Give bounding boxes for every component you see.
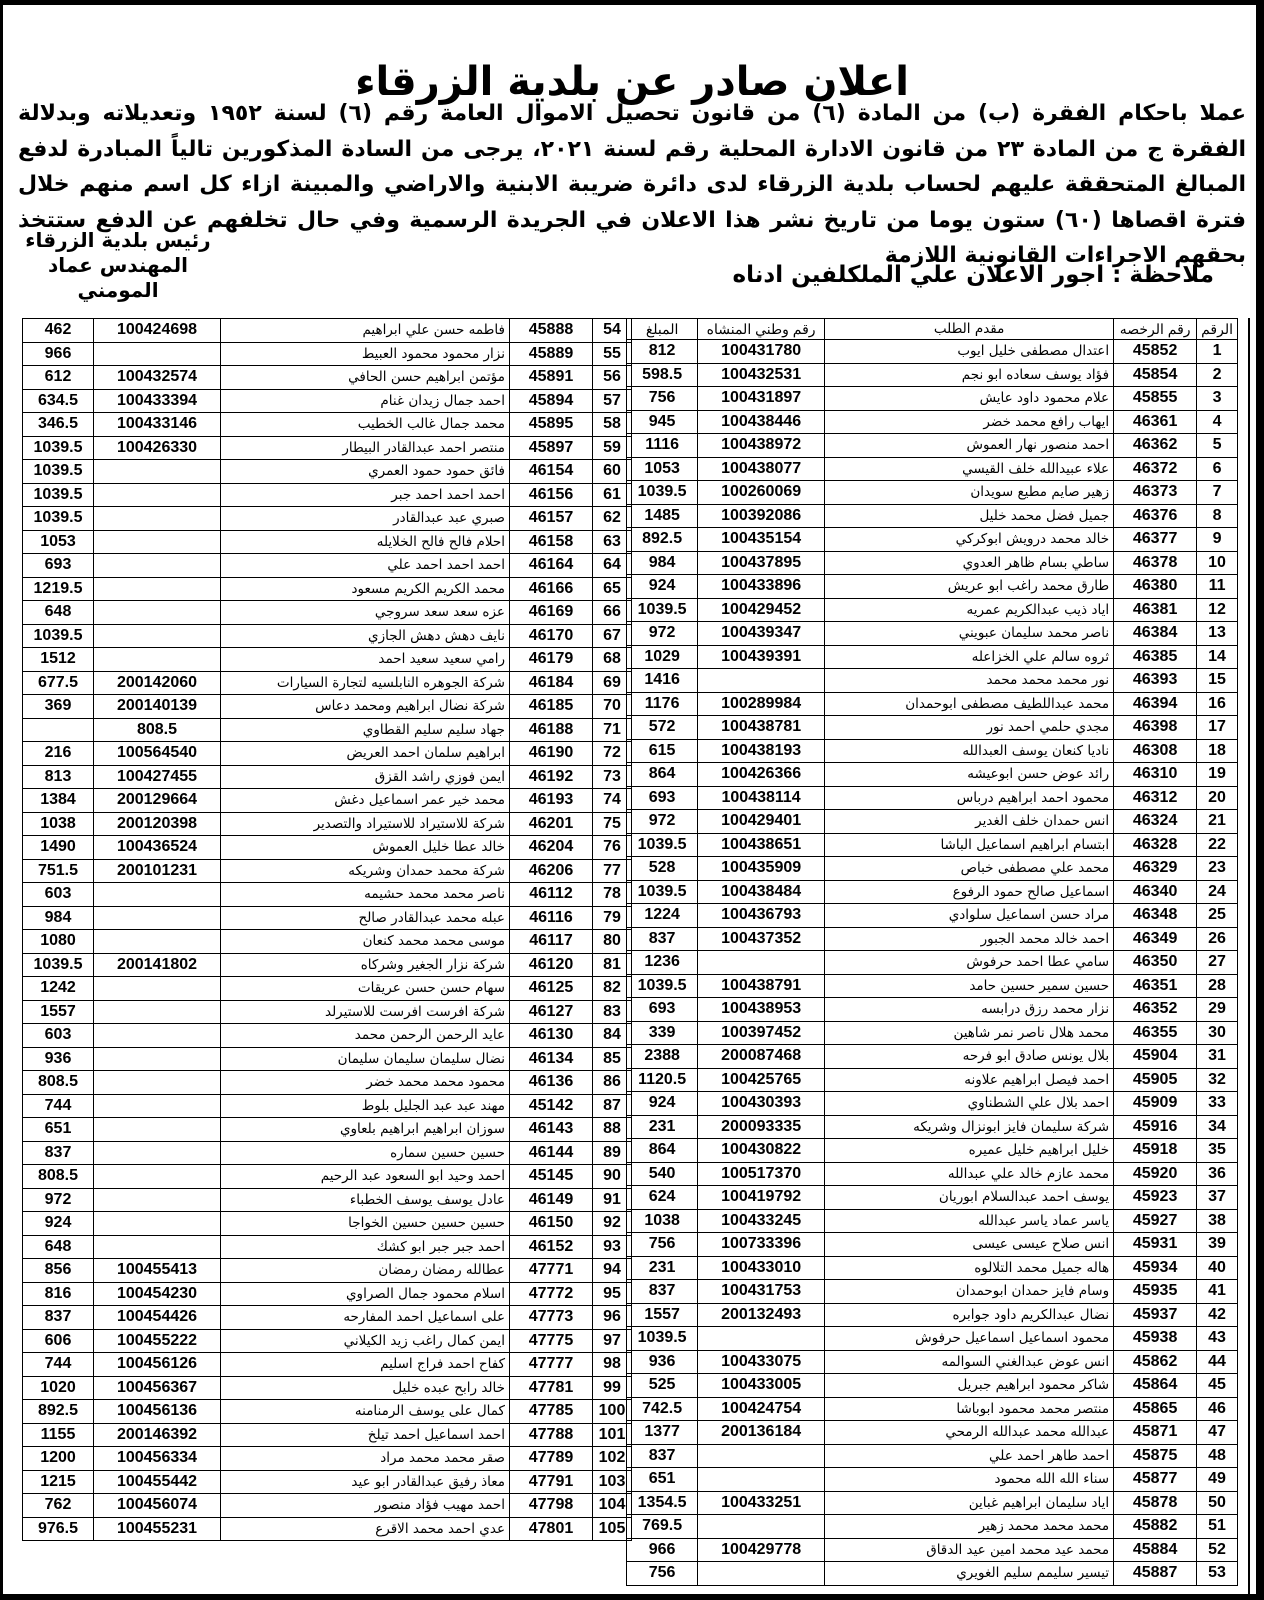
table-header-row: الرقم رقم الرخصه مقدم الطلب رقم وطني الم… [627,319,1238,340]
national-id [698,1468,825,1492]
license-number: 45916 [1114,1115,1197,1139]
license-number: 46166 [510,577,593,601]
applicant-name: شركة افرست افرست للاستيرلد [221,1000,510,1024]
license-number: 45937 [1114,1303,1197,1327]
national-id: 100433010 [698,1256,825,1280]
license-number: 45923 [1114,1186,1197,1210]
table-row: 3245905احمد فيصل ابراهيم علاونه100425765… [627,1068,1238,1092]
table-row: 1446385ثروه سالم علي الخزاعله10043939110… [627,645,1238,669]
license-number: 47775 [510,1329,593,1353]
applicant-name: انس صلاح عيسى عيسى [825,1233,1114,1257]
table-row: 9947781خالد رابح عبده خليل1004563671020 [23,1376,632,1400]
row-number: 65 [593,577,632,601]
license-number: 46393 [1114,669,1197,693]
row-number: 22 [1197,833,1238,857]
amount: 984 [627,551,698,575]
applicant-name: رائد عوض حسن ابوعيشه [825,763,1114,787]
row-number: 10 [1197,551,1238,575]
applicant-name: ابراهيم سلمان احمد العريض [221,742,510,766]
table-row: 8946144حسين حسين سماره837 [23,1141,632,1165]
license-number: 45891 [510,366,593,390]
license-number: 46384 [1114,622,1197,646]
amount: 892.5 [627,528,698,552]
taxpayers-table-right: الرقم رقم الرخصه مقدم الطلب رقم وطني الم… [626,318,1238,1586]
applicant-name: شركة محمد حمدان وشريكه [221,859,510,883]
row-number: 29 [1197,998,1238,1022]
table-row: 7746206شركة محمد حمدان وشريكه20010123175… [23,859,632,883]
row-number: 97 [593,1329,632,1353]
table-row: 3545918خليل ابراهيم خليل عميره1004308228… [627,1139,1238,1163]
col-header-national-id: رقم وطني المنشاه [698,319,825,340]
row-number: 67 [593,624,632,648]
applicant-name: خليل ابراهيم خليل عميره [825,1139,1114,1163]
table-row: 1946310رائد عوض حسن ابوعيشه100426366864 [627,763,1238,787]
amount: 346.5 [23,413,94,437]
amount: 1039.5 [23,953,94,977]
fees-note: ملاحظة : اجور الاعلان علي الملكلفين ادنا… [733,262,1214,288]
national-id: 100433075 [698,1350,825,1374]
license-number: 47791 [510,1470,593,1494]
national-id: 100438953 [698,998,825,1022]
amount: 1039.5 [627,974,698,998]
table-row: 1346384ناصر محمد سليمان عبويني1004393479… [627,622,1238,646]
applicant-name: ساطي بسام ظاهر العدوي [825,551,1114,575]
license-number: 46380 [1114,575,1197,599]
table-row: 8146120شركة نزار الجغير وشركاه2001418021… [23,953,632,977]
applicant-name: احمد جبر جبر ابو كشك [221,1235,510,1259]
amount: 634.5 [23,389,94,413]
amount: 936 [627,1350,698,1374]
amount: 612 [23,366,94,390]
national-id: 100427455 [94,765,221,789]
row-number: 60 [593,460,632,484]
row-number: 72 [593,742,632,766]
applicant-name: رامي سعيد سعيد احمد [221,648,510,672]
table-row: 10047785كمال على يوسف الرمنامنه100456136… [23,1400,632,1424]
table-row: 546362احمد منصور نهار العموش100438972111… [627,434,1238,458]
national-id: 100430393 [698,1092,825,1116]
table-row: 9146149عادل يوسف يوسف الخطباء972 [23,1188,632,1212]
row-number: 100 [593,1400,632,1424]
row-number: 88 [593,1118,632,1142]
row-number: 78 [593,883,632,907]
table-row: 8745142مهند عبد عبد الجليل بلوط744 [23,1094,632,1118]
amount: 808.5 [23,1071,94,1095]
amount: 606 [23,1329,94,1353]
national-id: 200146392 [94,1423,221,1447]
applicant-name: شركة نضال ابراهيم ومحمد دعاس [221,695,510,719]
applicant-name: معاذ رفيق عبدالقادر ابو عيد [221,1470,510,1494]
row-number: 90 [593,1165,632,1189]
license-number: 45864 [1114,1374,1197,1398]
license-number: 46308 [1114,739,1197,763]
amount: 1200 [23,1447,94,1471]
table-row: 8846143سوزان ابراهيم ابراهيم بلعاوي651 [23,1118,632,1142]
license-number: 46158 [510,530,593,554]
national-id: 100433005 [698,1374,825,1398]
row-number: 104 [593,1494,632,1518]
amount: 1377 [627,1421,698,1445]
table-row: 2446340اسماعيل صالح حمود الرفوع100438484… [627,880,1238,904]
row-number: 84 [593,1024,632,1048]
table-row: 5745894احمد جمال زيدان غنام100433394634.… [23,389,632,413]
table-row: 2746350سامي عطا احمد حرفوش1236 [627,951,1238,975]
national-id: 100438446 [698,410,825,434]
amount: 1485 [627,504,698,528]
license-number: 46377 [1114,528,1197,552]
table-row: 3145904بلال يونس صادق ابو فرحه2000874682… [627,1045,1238,1069]
amount: 540 [627,1162,698,1186]
license-number: 46143 [510,1118,593,1142]
applicant-name: اسماعيل صالح حمود الرفوع [825,880,1114,904]
amount: 808.5 [23,1165,94,1189]
license-number: 46329 [1114,857,1197,881]
applicant-name: حسين حسين حسين الخواجا [221,1212,510,1236]
license-number: 46206 [510,859,593,883]
row-number: 30 [1197,1021,1238,1045]
signature-block: رئيس بلدية الزرقاء المهندس عماد المومني [18,228,218,303]
table-row: 1646394محمد عبداللطيف مصطفى ابوحمدان1002… [627,692,1238,716]
row-number: 63 [593,530,632,554]
table-row: 4645865منتصر محمد محمود ابوباشا100424754… [627,1397,1238,1421]
amount: 1416 [627,669,698,693]
row-number: 74 [593,789,632,813]
applicant-name: ياسر عماد ياسر عبدالله [825,1209,1114,1233]
applicant-name: خالد محمد درويش ابوكركي [825,528,1114,552]
applicant-name: عبدالله محمد عبدالله الرمحي [825,1421,1114,1445]
row-number: 96 [593,1306,632,1330]
table-row: 7246190ابراهيم سلمان احمد العريض10056454… [23,742,632,766]
license-number: 45894 [510,389,593,413]
row-number: 57 [593,389,632,413]
license-number: 46152 [510,1235,593,1259]
amount: 966 [627,1538,698,1562]
amount: 924 [23,1212,94,1236]
table-row: 2846351حسين سمير حسين حامد1004387911039.… [627,974,1238,998]
table-row: 3745923يوسف احمد عبدالسلام ابوريان100419… [627,1186,1238,1210]
license-number: 45887 [1114,1562,1197,1586]
national-id: 200141802 [94,953,221,977]
national-id [94,1188,221,1212]
amount: 966 [23,342,94,366]
amount: 1354.5 [627,1491,698,1515]
license-number: 45878 [1114,1491,1197,1515]
license-number: 46144 [510,1141,593,1165]
national-id: 200136184 [698,1421,825,1445]
applicant-name: منتصر محمد محمود ابوباشا [825,1397,1114,1421]
national-id: 100454230 [94,1282,221,1306]
license-number: 46398 [1114,716,1197,740]
applicant-name: محمد جمال غالب الخطيب [221,413,510,437]
applicant-name: تيسير سليمم سليم الغويري [825,1562,1114,1586]
license-number: 47773 [510,1306,593,1330]
table-row: 8046117موسى محمد محمد كنعان1080 [23,930,632,954]
national-id [94,1000,221,1024]
applicant-name: اعتدال مصطفى خليل ايوب [825,340,1114,364]
license-number: 46170 [510,624,593,648]
table-row: 5845895محمد جمال غالب الخطيب100433146346… [23,413,632,437]
row-number: 23 [1197,857,1238,881]
row-number: 83 [593,1000,632,1024]
license-number: 46351 [1114,974,1197,998]
national-id: 100429401 [698,810,825,834]
license-number: 46328 [1114,833,1197,857]
row-number: 46 [1197,1397,1238,1421]
row-number: 76 [593,836,632,860]
national-id: 100289984 [698,692,825,716]
national-id: 100431753 [698,1280,825,1304]
national-id [94,648,221,672]
amount: 1039.5 [23,436,94,460]
table-row: 345855علام محمود داود عايش100431897756 [627,387,1238,411]
national-id: 100456074 [94,1494,221,1518]
table-row: 646372علاء عبيدالله خلف القيسي1004380771… [627,457,1238,481]
table-row: 4245937نضال عبدالكريم داود جوابره2001324… [627,1303,1238,1327]
applicant-name: نايف دهش دهش الجازي [221,624,510,648]
license-number: 46179 [510,648,593,672]
amount: 816 [23,1282,94,1306]
national-id: 100456334 [94,1447,221,1471]
license-number: 45871 [1114,1421,1197,1445]
national-id: 100456136 [94,1400,221,1424]
row-number: 101 [593,1423,632,1447]
table-row: 3046355محمد هلال ناصر نمر شاهين100397452… [627,1021,1238,1045]
amount: 936 [23,1047,94,1071]
amount: 972 [23,1188,94,1212]
national-id [94,1118,221,1142]
row-number: 73 [593,765,632,789]
national-id [94,460,221,484]
amount: 837 [627,1444,698,1468]
national-id: 100454426 [94,1306,221,1330]
national-id: 100432574 [94,366,221,390]
applicant-name: فؤاد يوسف سعاده ابو نجم [825,363,1114,387]
national-id: 100517370 [698,1162,825,1186]
row-number: 14 [1197,645,1238,669]
row-number: 19 [1197,763,1238,787]
applicant-name: ايمن فوزي راشد القزق [221,765,510,789]
applicant-name: نضال سليمان سليمان سليمان [221,1047,510,1071]
amount: 1557 [23,1000,94,1024]
license-number: 45855 [1114,387,1197,411]
table-row: 5445888فاطمه حسن علي ابراهيم100424698462 [23,319,632,343]
license-number: 47785 [510,1400,593,1424]
applicant-name: احمد احمد احمد علي [221,554,510,578]
national-id [94,1047,221,1071]
row-number: 6 [1197,457,1238,481]
applicant-name: سامي عطا احمد حرفوش [825,951,1114,975]
license-number: 45895 [510,413,593,437]
amount: 651 [23,1118,94,1142]
applicant-name: ناصر محمد سليمان عبويني [825,622,1114,646]
table-row: 2046312محمود احمد ابراهيم درباس100438114… [627,786,1238,810]
applicant-name: ابتسام ابراهيم اسماعيل الباشا [825,833,1114,857]
amount: 603 [23,1024,94,1048]
row-number: 81 [593,953,632,977]
applicant-name: احلام فالح فالح الخلايله [221,530,510,554]
amount: 1557 [627,1303,698,1327]
license-number: 46349 [1114,927,1197,951]
license-number: 46116 [510,906,593,930]
license-number: 45927 [1114,1209,1197,1233]
license-number: 46130 [510,1024,593,1048]
applicant-name: ايمن كمال راغب زيد الكيلاني [221,1329,510,1353]
applicant-name: طارق محمد راغب ابو عريش [825,575,1114,599]
amount: 231 [627,1256,698,1280]
applicant-name: محمد خير عمر اسماعيل دغش [221,789,510,813]
amount: 1020 [23,1376,94,1400]
row-number: 28 [1197,974,1238,998]
national-id [698,1444,825,1468]
license-number: 45142 [510,1094,593,1118]
amount: 924 [627,1092,698,1116]
applicant-name: احمد جمال زيدان غنام [221,389,510,413]
table-row: 7146188جهاد سليم سليم القطاوي808.5 [23,718,632,742]
national-id: 808.5 [94,718,221,742]
national-id [94,883,221,907]
national-id [94,530,221,554]
national-id: 100431780 [698,340,825,364]
national-id [94,906,221,930]
license-number: 46372 [1114,457,1197,481]
license-number: 46340 [1114,880,1197,904]
applicant-name: فاطمه حسن علي ابراهيم [221,319,510,343]
table-row: 7446193محمد خير عمر اسماعيل دغش200129664… [23,789,632,813]
applicant-name: مراد حسن اسماعيل سلوادي [825,904,1114,928]
row-number: 99 [593,1376,632,1400]
amount: 1053 [627,457,698,481]
amount: 1236 [627,951,698,975]
table-row: 946377خالد محمد درويش ابوكركي10043515489… [627,528,1238,552]
amount: 945 [627,410,698,434]
national-id: 100424698 [94,319,221,343]
applicant-name: سهام حسن حسن عريقات [221,977,510,1001]
row-number: 70 [593,695,632,719]
table-row: 4345938محمود اسماعيل اسماعيل حرفوش1039.5 [627,1327,1238,1351]
license-number: 45931 [1114,1233,1197,1257]
applicant-name: مجدي حلمي احمد نور [825,716,1114,740]
national-id: 100438193 [698,739,825,763]
amount: 742.5 [627,1397,698,1421]
table-row: 9045145احمد وحيد ابو السعود عبد الرحيم80… [23,1165,632,1189]
table-row: 446361ايهاب رافع محمد خضر100438446945 [627,410,1238,434]
amount: 693 [23,554,94,578]
national-id: 200129664 [94,789,221,813]
table-row: 5545889نزار محمود محمود العبيط966 [23,342,632,366]
license-number: 46164 [510,554,593,578]
applicant-name: محمد علي مصطفى خباص [825,857,1114,881]
license-number: 46134 [510,1047,593,1071]
license-number: 45854 [1114,363,1197,387]
license-number: 47772 [510,1282,593,1306]
national-id [698,1562,825,1586]
table-row: 8446130عايد الرحمن الرحمن محمد603 [23,1024,632,1048]
table-row: 6446164احمد احمد احمد علي693 [23,554,632,578]
applicant-name: محمد عازم خالد علي عبدالله [825,1162,1114,1186]
license-number: 45920 [1114,1162,1197,1186]
amount: 1080 [23,930,94,954]
table-row: 3345909احمد بلال علي الشطناوي10043039392… [627,1092,1238,1116]
national-id [698,1515,825,1539]
license-number: 46112 [510,883,593,907]
national-id: 100429778 [698,1538,825,1562]
amount: 648 [23,1235,94,1259]
national-id: 100456126 [94,1353,221,1377]
amount: 1215 [23,1470,94,1494]
table-row: 5645891مؤتمن ابراهيم حسن الحافي100432574… [23,366,632,390]
applicant-name: حسين سمير حسين حامد [825,974,1114,998]
row-number: 51 [1197,1515,1238,1539]
applicant-name: منتصر احمد عبدالقادر البيطار [221,436,510,460]
license-number: 45865 [1114,1397,1197,1421]
row-number: 52 [1197,1538,1238,1562]
row-number: 59 [593,436,632,460]
applicant-name: محمد عيد محمد امين عيد الدقاق [825,1538,1114,1562]
license-number: 45877 [1114,1468,1197,1492]
row-number: 93 [593,1235,632,1259]
row-number: 71 [593,718,632,742]
license-number: 45852 [1114,340,1197,364]
row-number: 82 [593,977,632,1001]
national-id: 100433394 [94,389,221,413]
national-id: 100438791 [698,974,825,998]
amount: 648 [23,601,94,625]
row-number: 35 [1197,1139,1238,1163]
applicant-name: خالد عطا خليل العموش [221,836,510,860]
applicant-name: شركة الجوهره النابلسيه لتجارة السيارات [221,671,510,695]
row-number: 38 [1197,1209,1238,1233]
table-row: 5245884محمد عيد محمد امين عيد الدقاق1004… [627,1538,1238,1562]
license-number: 45918 [1114,1139,1197,1163]
national-id: 100438781 [698,716,825,740]
amount: 1038 [23,812,94,836]
applicant-name: شاكر محمود ابراهيم جبريل [825,1374,1114,1398]
amount [23,718,94,742]
amount: 1039.5 [627,833,698,857]
row-number: 50 [1197,1491,1238,1515]
row-number: 32 [1197,1068,1238,1092]
amount: 744 [23,1094,94,1118]
applicant-name: نزار محمود محمود العبيط [221,342,510,366]
national-id: 100433245 [698,1209,825,1233]
row-number: 20 [1197,786,1238,810]
national-id: 200120398 [94,812,221,836]
license-number: 46169 [510,601,593,625]
table-row: 846376جميل فضل محمد خليل1003920861485 [627,504,1238,528]
applicant-name: شركة نزار الجغير وشركاه [221,953,510,977]
license-number: 45875 [1114,1444,1197,1468]
amount: 744 [23,1353,94,1377]
applicant-name: صقر محمد محمد مراد [221,1447,510,1471]
row-number: 91 [593,1188,632,1212]
license-number: 45884 [1114,1538,1197,1562]
table-row: 9447771عطالله رمضان رمضان100455413856 [23,1259,632,1283]
license-number: 45905 [1114,1068,1197,1092]
amount: 1120.5 [627,1068,698,1092]
applicant-name: اياد ذيب عبدالكريم عمريه [825,598,1114,622]
table-row: 6046154فائق حمود حمود العمري1039.5 [23,460,632,484]
amount: 1039.5 [23,483,94,507]
amount: 462 [23,319,94,343]
table-row: 1846308ناديا كنعان يوسف العبدالله1004381… [627,739,1238,763]
table-row: 5345887تيسير سليمم سليم الغويري756 [627,1562,1238,1586]
amount: 837 [23,1306,94,1330]
applicant-name: موسى محمد محمد كنعان [221,930,510,954]
row-number: 61 [593,483,632,507]
amount: 812 [627,340,698,364]
amount: 1512 [23,648,94,672]
table-row: 245854فؤاد يوسف سعاده ابو نجم10043253159… [627,363,1238,387]
